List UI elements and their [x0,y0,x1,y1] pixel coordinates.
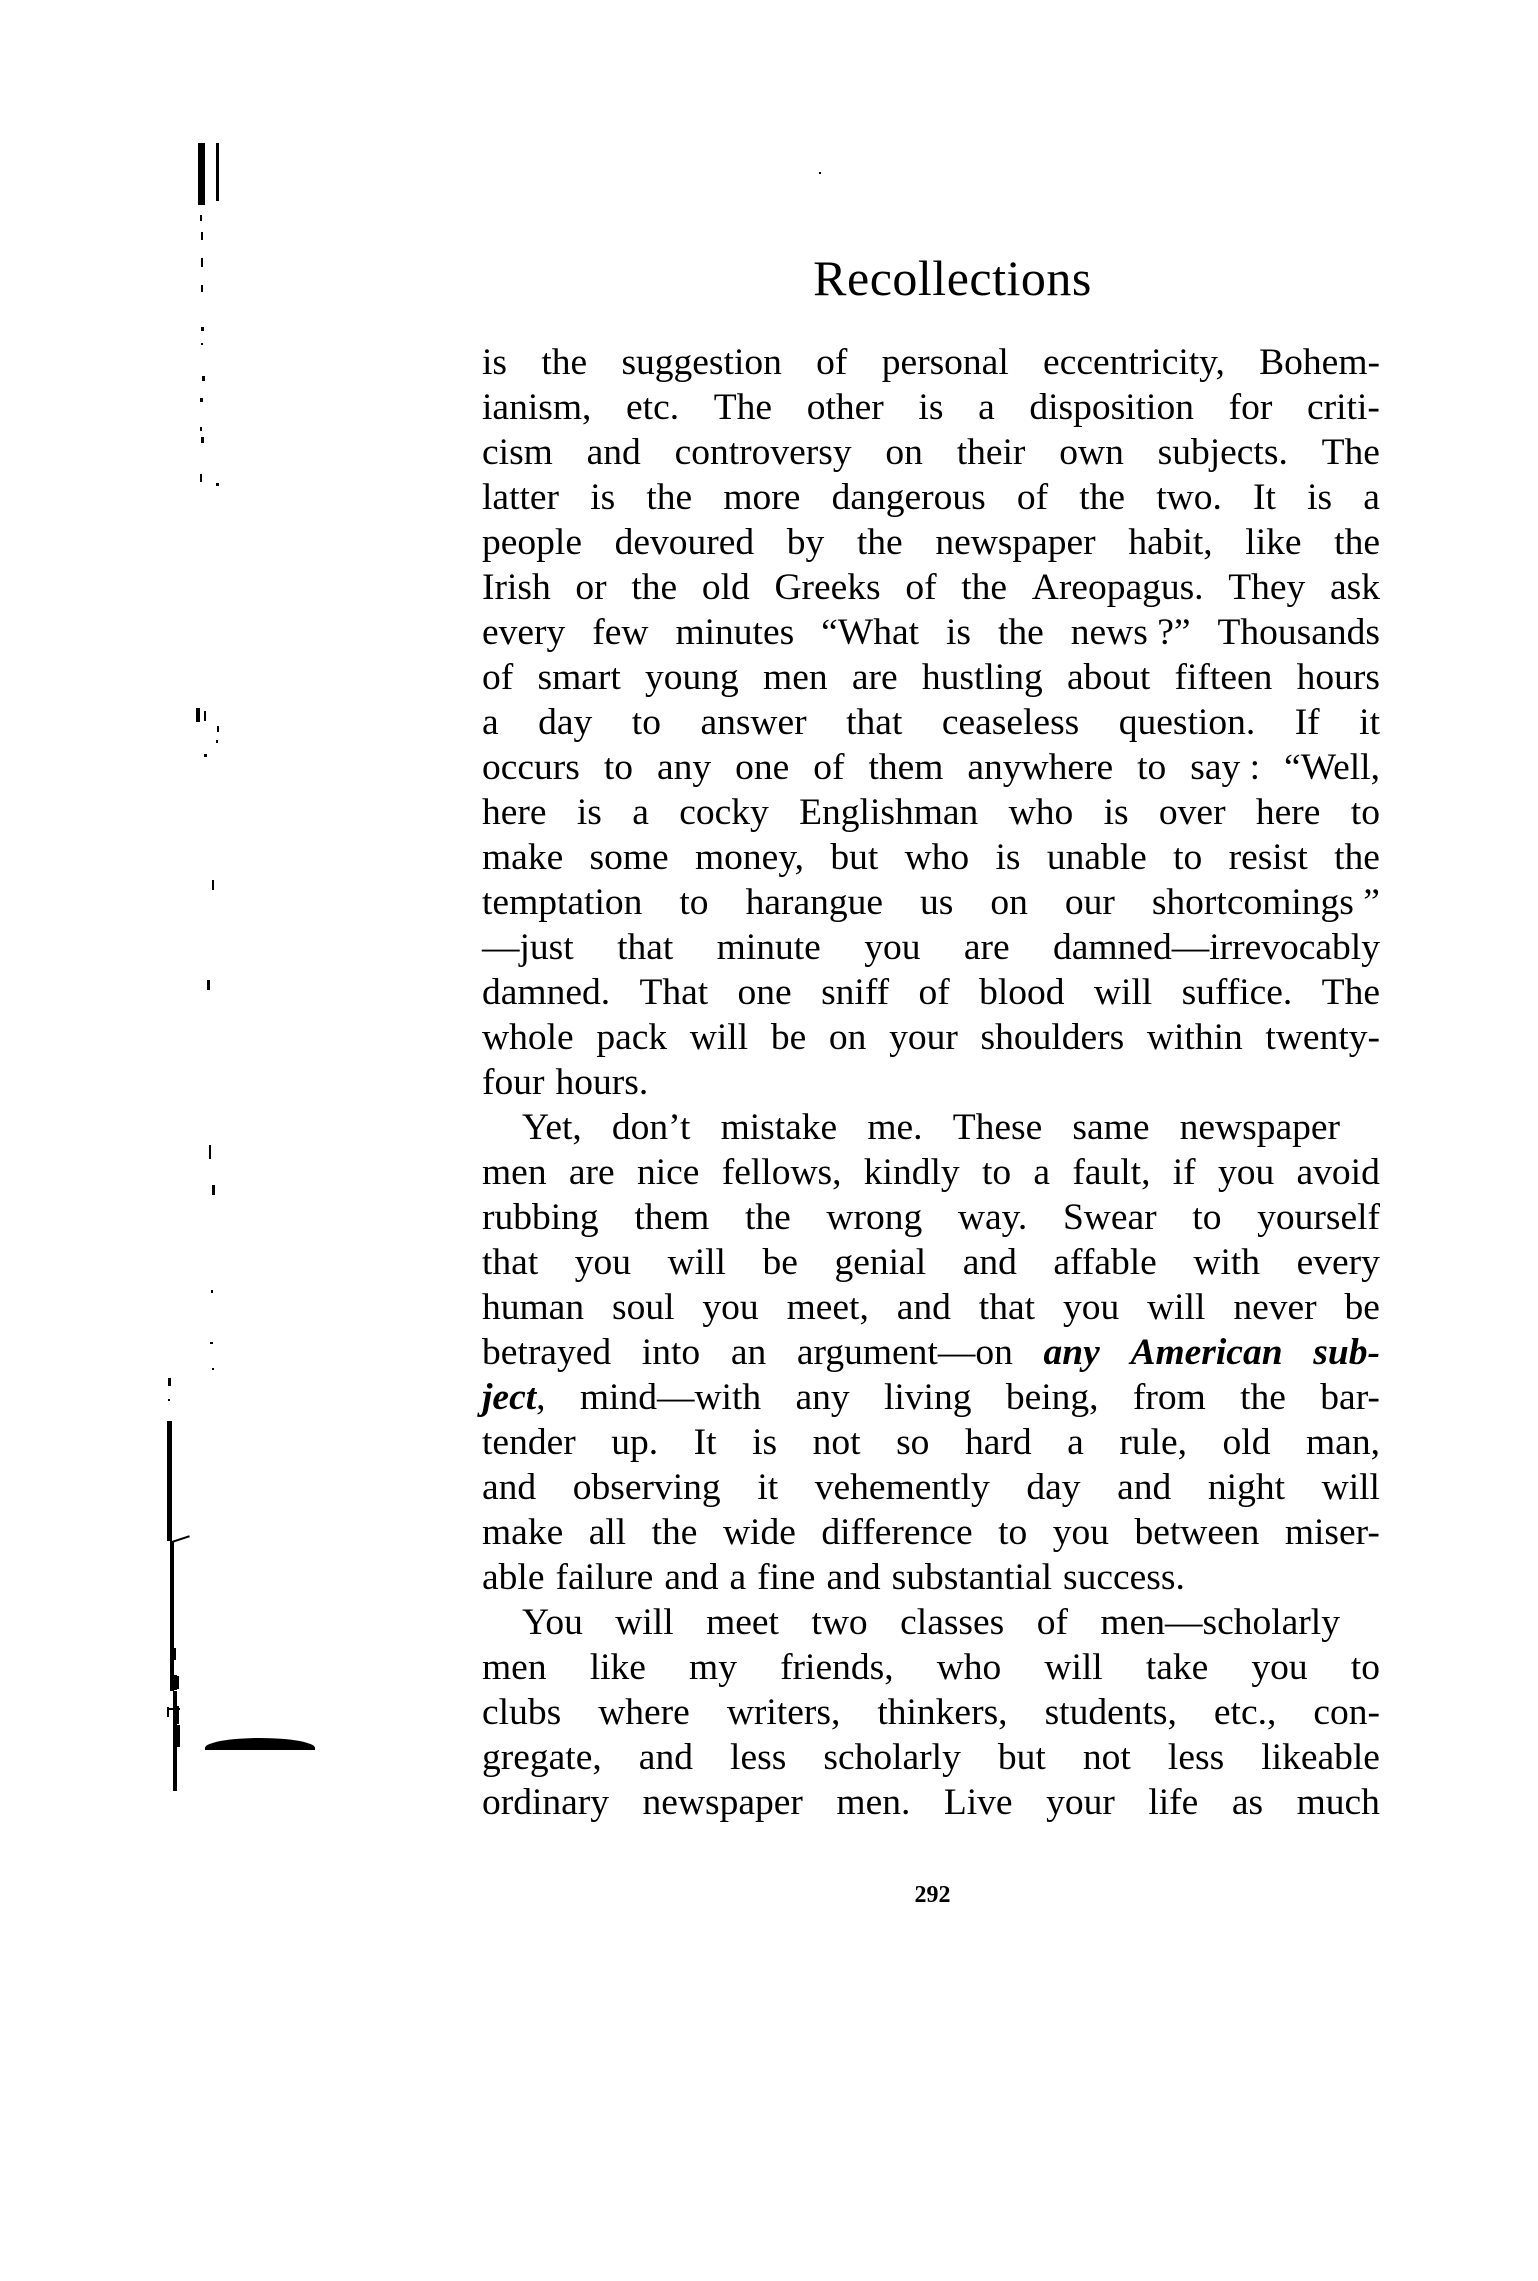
word: our [1065,880,1115,925]
running-head: Recollections [487,248,1378,308]
word: make [482,1510,563,1555]
word: harangue [746,880,883,925]
text-line-words: —justthatminuteyouaredamned—irrevocably [482,925,1380,970]
word: be [1345,1285,1380,1330]
word: of [1017,475,1048,520]
word: hours [1297,655,1380,700]
book-page: Recollections isthesuggestionofpersonale… [0,0,1538,2281]
word: will [1322,1465,1380,1510]
word: ordinary [482,1780,609,1825]
word: miser- [1285,1510,1380,1555]
word: shortcomings ” [1152,880,1380,925]
word: to [1137,745,1166,790]
word: blood [979,970,1064,1015]
word: mind—with [580,1375,761,1420]
word: on [885,430,923,475]
word: any [657,745,711,790]
word: day [538,700,592,745]
text-line-words: betrayedintoanargument—onanyAmericansub- [482,1330,1380,1375]
word: a [729,1555,746,1600]
word: are [852,655,898,700]
word: argument—on [797,1330,1013,1375]
text-line-words: peopledevouredbythenewspaperhabit,liketh… [482,520,1380,565]
word: but [998,1735,1046,1780]
word: the [631,565,677,610]
word: wide [723,1510,796,1555]
word: money, [695,835,804,880]
word: fine [757,1555,815,1600]
word: where [598,1690,690,1735]
word: success. [1063,1555,1185,1600]
text-line: temptationtoharangueusonourshortcomings … [482,880,1380,925]
word: to [1351,1645,1380,1690]
word: substantial [892,1555,1052,1600]
word: men [482,1645,547,1690]
text-line-words: everyfewminutes“Whatisthenews ?”Thousand… [482,610,1380,655]
word: and [1117,1465,1171,1510]
word: a [482,700,499,745]
word: from [1133,1375,1206,1420]
word: be [763,1240,798,1285]
word: news ?” [1071,610,1191,655]
word: don’t [612,1105,690,1150]
word: make [482,835,563,880]
word: on [990,880,1028,925]
word: an [731,1330,766,1375]
word: less [1168,1735,1224,1780]
text-line: gregate,andlessscholarlybutnotlesslikeab… [482,1735,1380,1780]
text-line-words: latteristhemoredangerousofthetwo.Itisa [482,475,1380,520]
text-line: andobservingitvehementlydayandnightwill [482,1465,1380,1510]
text-line: menlikemyfriends,whowilltakeyouto [482,1645,1380,1690]
word: the [1079,475,1125,520]
word: is [1104,790,1129,835]
text-line: makeallthewidedifferencetoyoubetweenmise… [482,1510,1380,1555]
word: newspaper [643,1780,803,1825]
word: you [702,1285,758,1330]
word: the [745,1195,791,1240]
text-line-words: ianism,etc.Theotherisadispositionforcrit… [482,385,1380,430]
text-line: humansoulyoumeet,andthatyouwillneverbe [482,1285,1380,1330]
word: you [1251,1645,1307,1690]
word: scholarly [823,1735,960,1780]
text-line: everyfewminutes“Whatisthenews ?”Thousand… [482,610,1380,655]
text-line: hereisacockyEnglishmanwhoisoverhereto [482,790,1380,835]
text-line: ofsmartyoungmenarehustlingaboutfifteenho… [482,655,1380,700]
word: wrong [826,1195,922,1240]
text-line: fourhours. [482,1060,1380,1105]
word: suggestion [621,340,781,385]
word: to [679,880,708,925]
word: con- [1313,1690,1380,1735]
text-line: adaytoanswerthatceaselessquestion.Ifit [482,700,1380,745]
word: a [632,790,649,835]
word: them [634,1195,709,1240]
word: Thousands [1217,610,1380,655]
word: the [1334,520,1380,565]
text-line-words: rubbingthemthewrongway.Sweartoyourself [482,1195,1380,1240]
word: fifteen [1175,655,1273,700]
word: you [575,1240,631,1285]
word: kindly [864,1150,960,1195]
word: two [811,1600,867,1645]
word: Bohem- [1259,340,1380,385]
word: dangerous [832,475,986,520]
word: Irish [482,565,551,610]
word: friends, [780,1645,894,1690]
word: eccentricity, [1043,340,1225,385]
word: say : [1190,745,1260,790]
word: them [868,745,943,790]
word: suffice. [1182,970,1293,1015]
word: American [1130,1330,1282,1375]
word: like [590,1645,646,1690]
text-line-words: ject,mind—withanylivingbeing,fromthebar- [482,1375,1380,1420]
word: cocky [679,790,769,835]
word: failure [555,1555,653,1600]
word: The [1322,430,1380,475]
word: classes [900,1600,1004,1645]
word: meet [706,1600,779,1645]
word: cism [482,430,553,475]
text-line-words: menlikemyfriends,whowilltakeyouto [482,1645,1380,1690]
word: shoulders [980,1015,1124,1060]
word: living [884,1375,972,1420]
word: is [752,1420,777,1465]
word: sniff [821,970,889,1015]
word: ceaseless [942,700,1079,745]
text-line-words: IrishortheoldGreeksoftheAreopagus.Theyas… [482,565,1380,610]
text-line-words: adaytoanswerthatceaselessquestion.Ifit [482,700,1380,745]
word: is [1307,475,1332,520]
word: clubs [482,1690,561,1735]
text-line-words: menarenicefellows,kindlytoafault,ifyouav… [482,1150,1380,1195]
word: you [1063,1285,1119,1330]
word: of [482,655,513,700]
word: yourself [1257,1195,1380,1240]
text-line-words: temptationtoharangueusonourshortcomings … [482,880,1380,925]
word: controversy [675,430,852,475]
text-line: tenderup.Itisnotsohardarule,oldman, [482,1420,1380,1465]
word: to [604,745,633,790]
word: every [1297,1240,1380,1285]
word: Areopagus. [1032,565,1204,610]
word: soul [612,1285,675,1330]
word: it [1359,700,1380,745]
word: is [946,610,971,655]
word: be [771,1015,806,1060]
word: not [813,1420,861,1465]
word: and [639,1735,693,1780]
word: betrayed [482,1330,611,1375]
word: to [998,1510,1027,1555]
word: same [1072,1105,1149,1150]
word: way. [958,1195,1027,1240]
word: smart [537,655,620,700]
word: like [1245,520,1301,565]
body-text: isthesuggestionofpersonaleccentricity,Bo… [482,340,1380,1825]
word: hard [965,1420,1032,1465]
word: that [846,700,902,745]
word: is [590,475,615,520]
word: nice [637,1150,699,1195]
word: about [1067,655,1150,700]
word: young [645,655,739,700]
text-line: latteristhemoredangerousofthetwo.Itisa [482,475,1380,520]
word: and [826,1555,880,1600]
word: Yet, [522,1105,582,1150]
word: is [577,790,602,835]
text-line: wholepackwillbeonyourshoulderswithintwen… [482,1015,1380,1060]
word: me. [867,1105,922,1150]
word: and [664,1555,718,1600]
word: if [1173,1150,1196,1195]
word: a [1067,1420,1084,1465]
text-line: ordinarynewspapermen.Liveyourlifeasmuch [482,1780,1380,1825]
word: the [646,475,692,520]
text-line-words: occurstoanyoneofthemanywheretosay :“Well… [482,745,1380,790]
word: occurs [482,745,580,790]
word: few [592,610,648,655]
word: ianism, [482,385,591,430]
word: devoured [615,520,755,565]
word: every [482,610,565,655]
word: ject, [482,1375,546,1420]
word: their [957,430,1026,475]
word: These [953,1105,1043,1150]
word: any [1044,1330,1100,1375]
word: Live [944,1780,1013,1825]
word: a [1033,1150,1050,1195]
word: hours. [555,1060,648,1105]
word: of [816,340,847,385]
word: the [998,610,1044,655]
word: take [1146,1645,1208,1690]
page-number: 292 [487,1880,1378,1910]
word: of [813,745,844,790]
word: night [1208,1465,1285,1510]
text-line-words: ordinarynewspapermen.Liveyourlifeasmuch [482,1780,1380,1825]
word: people [482,520,582,565]
text-line-words: damned.Thatonesniffofbloodwillsuffice.Th… [482,970,1380,1015]
word: will [1094,970,1152,1015]
word: less [730,1735,786,1780]
word: The [714,385,772,430]
word: etc., [1214,1690,1276,1735]
text-line: Yet,don’tmistakeme.Thesesamenewspaper [482,1105,1380,1150]
text-line-words: clubswherewriters,thinkers,students,etc.… [482,1690,1380,1735]
word: any [795,1375,849,1420]
word: are [964,925,1010,970]
word: who [937,1645,1002,1690]
word: is [482,340,507,385]
word: newspaper [1180,1105,1340,1150]
word: the [857,520,903,565]
word: and [897,1285,951,1330]
word: Swear [1063,1195,1157,1240]
text-line: peopledevouredbythenewspaperhabit,liketh… [482,520,1380,565]
word: old [702,565,750,610]
word: gregate, [482,1735,602,1780]
word: anywhere [967,745,1113,790]
word: criti- [1307,385,1380,430]
word: men. [836,1780,910,1825]
word: a [978,385,995,430]
text-line-words: gregate,andlessscholarlybutnotlesslikeab… [482,1735,1380,1780]
text-line: menarenicefellows,kindlytoafault,ifyouav… [482,1150,1380,1195]
text-line: thatyouwillbegenialandaffablewithevery [482,1240,1380,1285]
text-line-words: cismandcontroversyontheirownsubjects.The [482,430,1380,475]
word: one [735,745,789,790]
word: students, [1045,1690,1177,1735]
word: day [1026,1465,1080,1510]
word: sub- [1313,1330,1380,1375]
word: minutes [675,610,794,655]
word: one [738,970,792,1015]
text-line: isthesuggestionofpersonaleccentricity,Bo… [482,340,1380,385]
word: up. [611,1420,658,1465]
word: is [995,835,1020,880]
word: They [1228,565,1305,610]
word: to [1173,835,1202,880]
word: question. [1119,700,1255,745]
word: That [639,970,708,1015]
text-line-words: thatyouwillbegenialandaffablewithevery [482,1240,1380,1285]
text-line: rubbingthemthewrongway.Sweartoyourself [482,1195,1380,1240]
word: the [541,340,587,385]
word: you [1218,1150,1274,1195]
word: that [482,1240,538,1285]
word: meet, [787,1285,869,1330]
word: minute [717,925,821,970]
word: to [632,700,661,745]
word: bar- [1320,1375,1380,1420]
word: here [1256,790,1321,835]
word: your [1046,1780,1115,1825]
word: and [963,1240,1017,1285]
word: with [1193,1240,1260,1285]
word: four [482,1060,544,1105]
word: resist [1229,835,1308,880]
text-line-words: ablefailureandafineandsubstantialsuccess… [482,1555,1380,1600]
word: It [694,1420,717,1465]
word: as [1232,1780,1263,1825]
word: able [482,1555,544,1600]
word: within [1147,1015,1243,1060]
word: fellows, [722,1150,842,1195]
scan-gutter-artifacts [0,0,260,2281]
text-line-words: humansoulyoumeet,andthatyouwillneverbe [482,1285,1380,1330]
word: that [617,925,673,970]
word: likeable [1261,1735,1380,1780]
word: my [689,1645,737,1690]
word: two. [1156,475,1222,520]
word: the [961,565,1007,610]
text-line: ablefailureandafineandsubstantialsuccess… [482,1555,1380,1600]
word: habit, [1128,520,1212,565]
text-line: Youwillmeettwoclassesofmen—scholarly [482,1600,1380,1645]
word: is [918,385,943,430]
word: men [482,1150,547,1195]
text-line: —justthatminuteyouaredamned—irrevocably [482,925,1380,970]
word: observing [573,1465,721,1510]
text-line-words: wholepackwillbeonyourshoulderswithintwen… [482,1015,1380,1060]
text-line-words: ofsmartyoungmenarehustlingaboutfifteenho… [482,655,1380,700]
word: avoid [1297,1150,1380,1195]
text-line-words: isthesuggestionofpersonaleccentricity,Bo… [482,340,1380,385]
word: of [918,970,949,1015]
word: men—scholarly [1100,1600,1340,1645]
word: a [1363,475,1380,520]
word: own [1059,430,1124,475]
word: you [864,925,920,970]
word: to [1351,790,1380,835]
word: it [757,1465,778,1510]
word: answer [700,700,806,745]
word: over [1159,790,1226,835]
word: being, [1006,1375,1099,1420]
word: to [982,1150,1011,1195]
word: but [830,835,878,880]
word: hustling [922,655,1043,700]
word: who [1009,790,1074,835]
word: twenty- [1265,1015,1380,1060]
word: of [905,565,936,610]
word: pack [596,1015,667,1060]
text-line: makesomemoney,butwhoisunabletoresistthe [482,835,1380,880]
word: “Well, [1284,745,1380,790]
word: “What [821,610,919,655]
text-line: betrayedintoanargument—onanyAmericansub- [482,1330,1380,1375]
word: are [569,1150,615,1195]
word: newspaper [935,520,1095,565]
text-line-words: tenderup.Itisnotsohardarule,oldman, [482,1420,1380,1465]
word: The [1322,970,1380,1015]
word: human [482,1285,584,1330]
word: some [590,835,669,880]
word: damned—irrevocably [1053,925,1380,970]
word: so [896,1420,929,1465]
word: for [1229,385,1273,430]
word: you [1053,1510,1109,1555]
word: —just [482,925,574,970]
text-line: ject,mind—withanylivingbeing,fromthebar- [482,1375,1380,1420]
word: not [1083,1735,1131,1780]
word: damned. [482,970,610,1015]
word: us [920,880,953,925]
text-line: cismandcontroversyontheirownsubjects.The [482,430,1380,475]
word: will [1147,1285,1205,1330]
stray-mark [819,172,821,174]
text-line-words: makeallthewidedifferencetoyoubetweenmise… [482,1510,1380,1555]
text-line: IrishortheoldGreeksoftheAreopagus.Theyas… [482,565,1380,610]
text-line-words: andobservingitvehementlydayandnightwill [482,1465,1380,1510]
word: If [1295,700,1320,745]
word: the [1334,835,1380,880]
word: all [589,1510,626,1555]
word: life [1148,1780,1198,1825]
word: your [889,1015,958,1060]
word: vehemently [815,1465,990,1510]
word: here [482,790,547,835]
word: will [690,1015,748,1060]
word: difference [821,1510,972,1555]
text-line: damned.Thatonesniffofbloodwillsuffice.Th… [482,970,1380,1015]
word: or [575,565,606,610]
word: more [723,475,800,520]
word: rubbing [482,1195,599,1240]
text-line-words: hereisacockyEnglishmanwhoisoverhereto [482,790,1380,835]
